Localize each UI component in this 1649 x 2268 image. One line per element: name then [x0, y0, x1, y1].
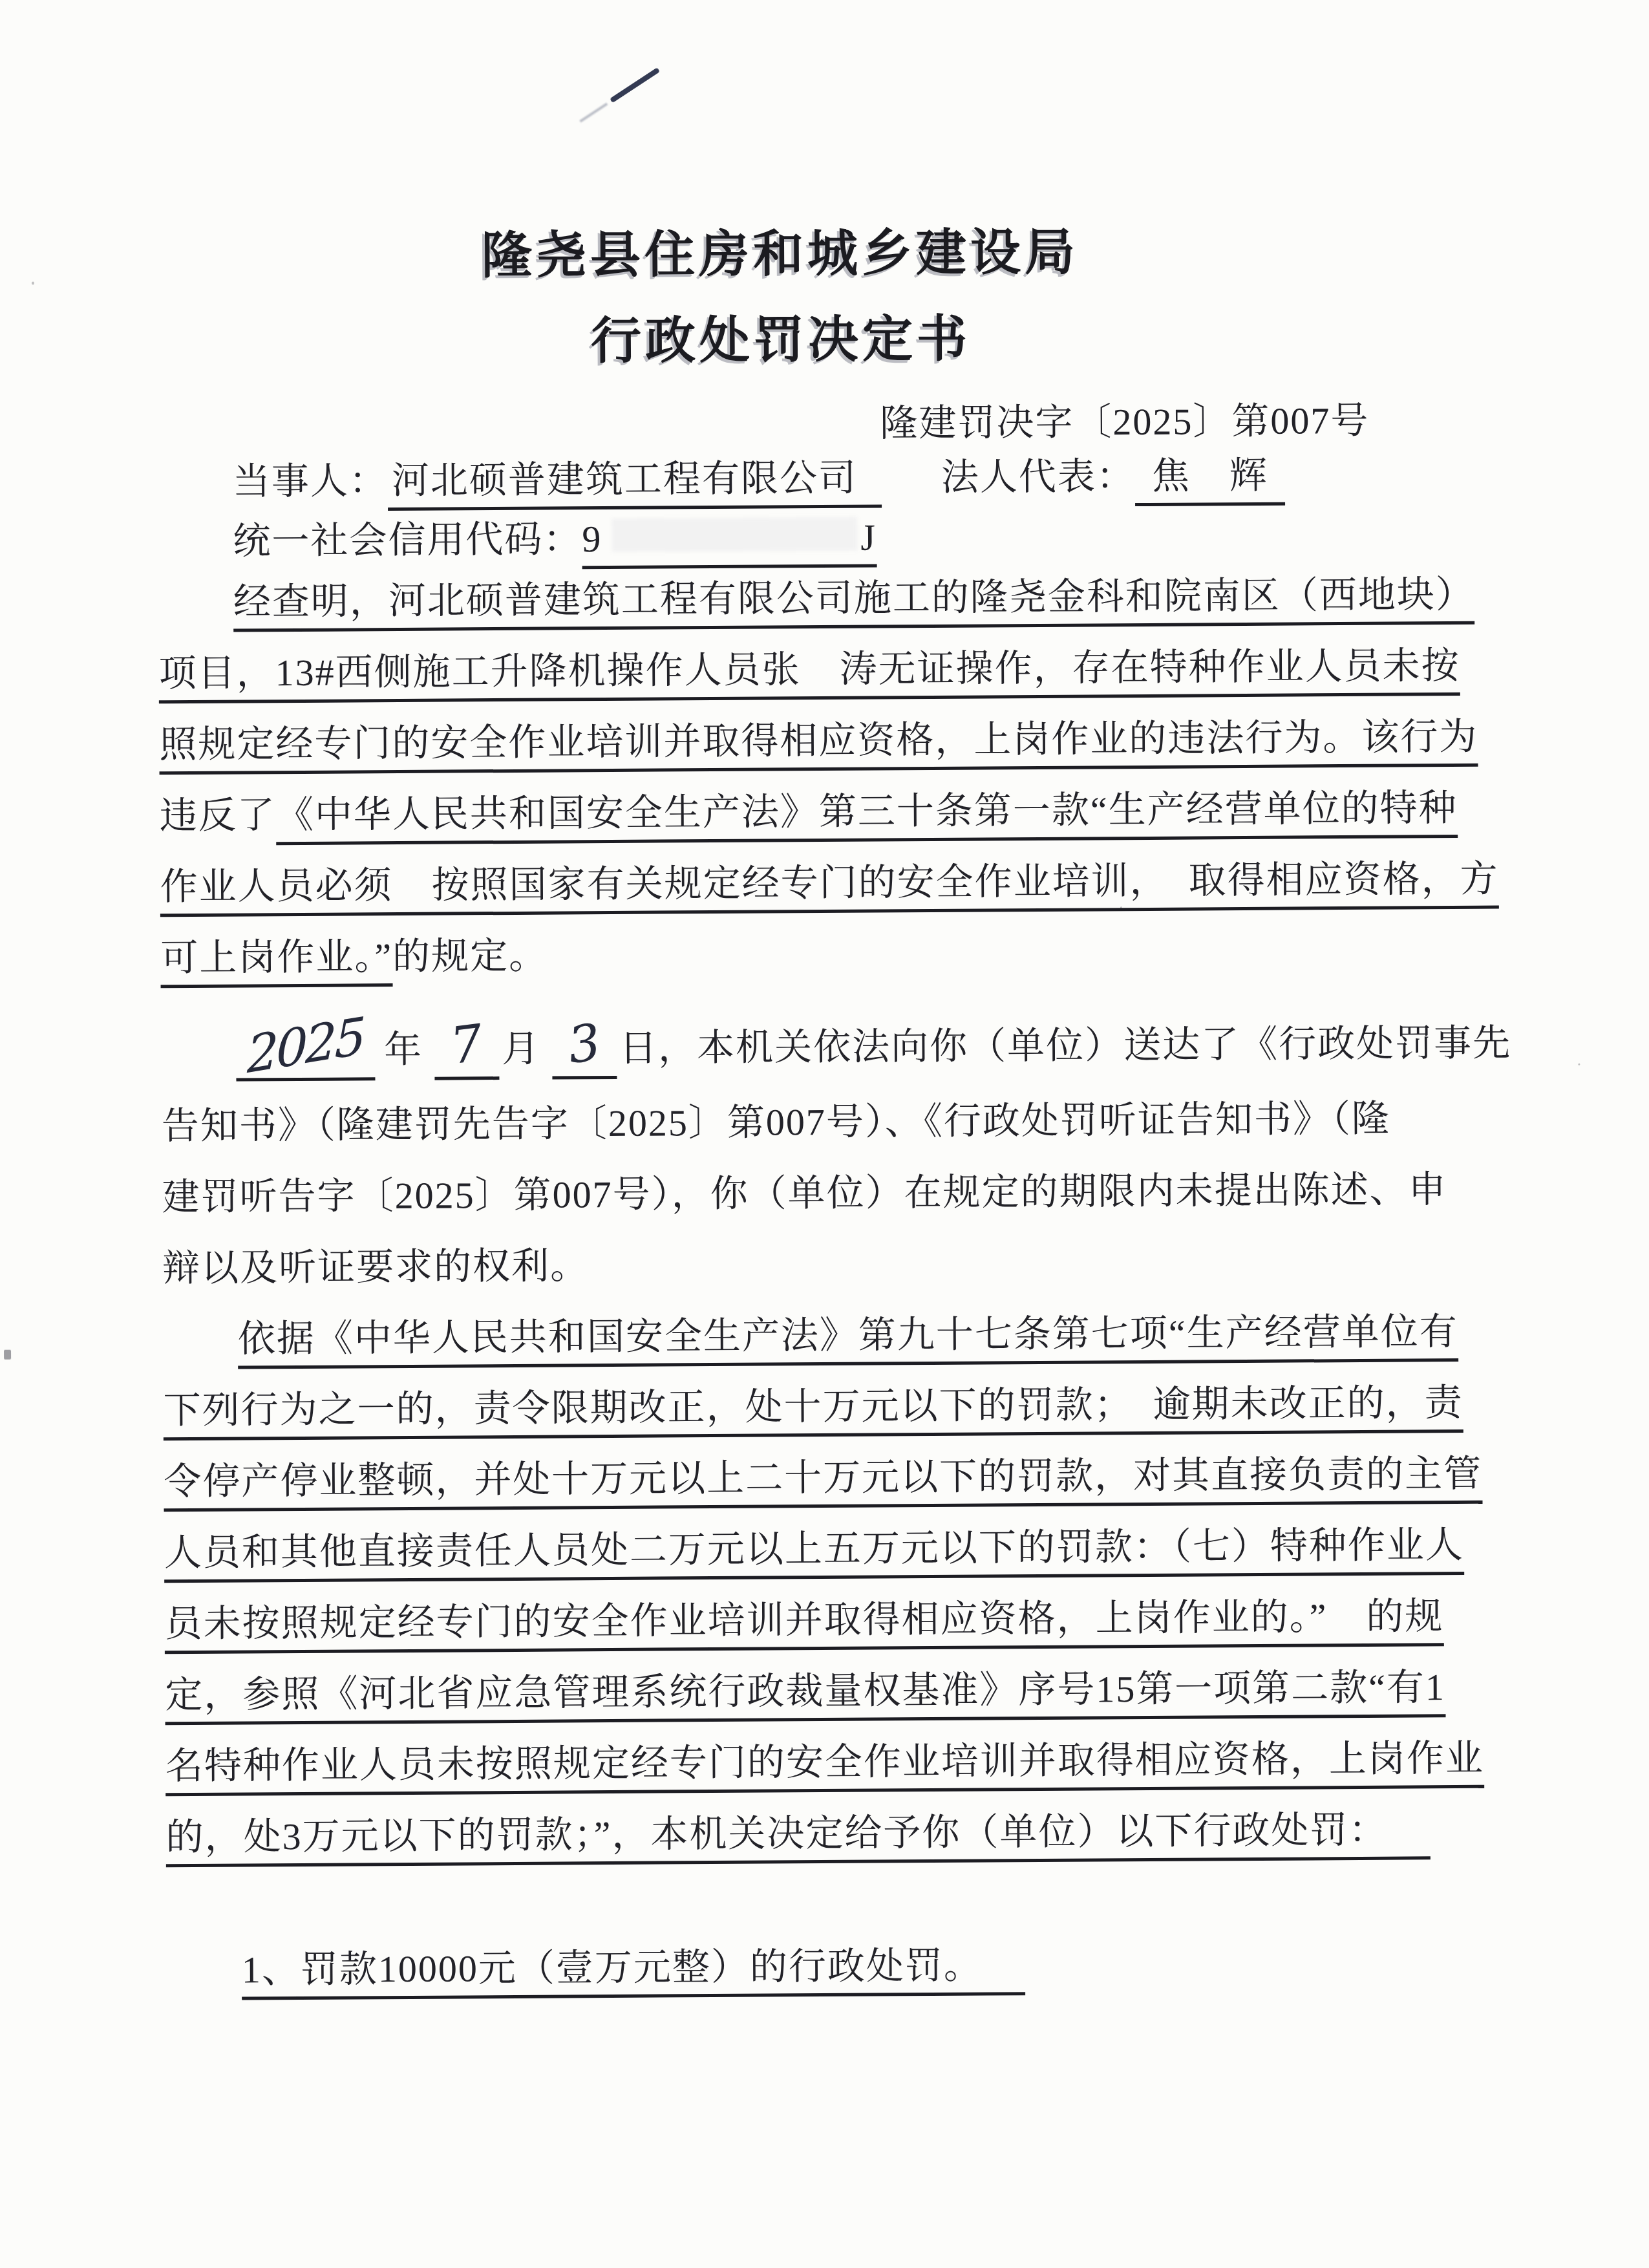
agency-title: 隆尧县住房和城乡建设局 [0, 209, 1605, 292]
party-label: 当事人： [233, 460, 388, 502]
handwritten-year-blank: 2025 [236, 1023, 376, 1081]
scan-speck [284, 1472, 286, 1475]
legal-basis-line-6: 定，参照《河北省应急管理系统行政裁量权基准》序号15第一项第二款“有1 [165, 1660, 1445, 1722]
notification-line-1-text: 日，本机关依法向你（单位）送达了《行政处罚事先 [619, 1022, 1511, 1069]
party-name: 河北硕普建筑工程有限公司 [388, 456, 882, 511]
findings-line-3: 照规定经专门的安全作业培训并取得相应资格，上岗作业的违法行为。该行为 [159, 710, 1478, 772]
legal-basis-line-1: 依据《中华人民共和国安全生产法》第九十七条第七项“生产经营单位有 [238, 1305, 1458, 1367]
legal-basis-line-4: 人员和其他直接责任人员处二万元以上五万元以下的罚款：（七）特种作业人 [164, 1518, 1464, 1580]
credit-code-label: 统一社会信用代码： [233, 518, 582, 562]
scanner-edge-mark [4, 1350, 11, 1360]
legal-basis-line-3: 令停产停业整顿，并处十万元以上二十万元以下的罚款，对其直接负责的主管 [164, 1447, 1482, 1509]
redaction-smudge [612, 517, 857, 552]
notification-line-2: 告知书》（隆建罚先告字〔2025〕第007号）、《行政处罚听证告知书》（隆 [162, 1092, 1390, 1154]
document-page: 隆尧县住房和城乡建设局 行政处罚决定书 隆建罚决字〔2025〕第007号 当事人… [0, 0, 1649, 2268]
scan-speck [32, 281, 34, 284]
credit-code-prefix: 9 [582, 518, 602, 560]
handwritten-day-blank: 3 [552, 1022, 617, 1080]
ink-scratch-mark [610, 67, 660, 103]
document-type-title: 行政处罚决定书 [0, 295, 1606, 378]
handwritten-day: 3 [566, 1023, 603, 1065]
document-number: 隆建罚决字〔2025〕第007号 [880, 390, 1370, 447]
findings-line-4: 违反了《中华人民共和国安全生产法》第三十条第一款“生产经营单位的特种 [160, 781, 1458, 843]
findings-line-2: 项目，13#西侧施工升降机操作人员张 涛无证操作，存在特种作业人员未按 [158, 639, 1460, 701]
handwritten-year: 2025 [247, 1017, 364, 1076]
findings-line-1: 经查明，河北硕普建筑工程有限公司施工的隆尧金科和院南区（西地块） [233, 568, 1474, 630]
handwritten-month-blank: 7 [434, 1022, 500, 1080]
scan-speck [1578, 1064, 1580, 1065]
legal-basis-line-8: 的，处3万元以下的罚款；”，本机关决定给予你（单位）以下行政处罚： [165, 1803, 1430, 1865]
notification-line-1: 2025年7月3日，本机关依法向你（单位）送达了《行政处罚事先 [236, 1016, 1512, 1082]
notification-line-3: 建罚听告字〔2025〕第007号），你（单位）在规定的期限内未提出陈述、申 [162, 1162, 1447, 1225]
scan-speck [1120, 906, 1122, 908]
credit-code-suffix: J [860, 516, 877, 558]
penalty-item-1: 1、罚款10000元（壹万元整）的行政处罚。 [242, 1938, 1026, 1997]
notification-line-4: 辩以及听证要求的权利。 [162, 1239, 590, 1296]
handwritten-month: 7 [449, 1023, 485, 1066]
legal-basis-line-7: 名特种作业人员未按照规定经专门的安全作业培训并取得相应资格，上岗作业 [165, 1731, 1484, 1793]
legal-basis-line-5: 员未按照规定经专门的安全作业培训并取得相应资格，上岗作业的。” 的规 [164, 1589, 1443, 1651]
legal-basis-line-2: 下列行为之一的，责令限期改正，处十万元以下的罚款； 逾期未改正的，责 [163, 1376, 1463, 1438]
party-line: 当事人：河北硕普建筑工程有限公司法人代表：焦 辉 [233, 449, 1286, 509]
ink-scratch-tail [579, 103, 608, 123]
legal-rep-name: 焦 辉 [1135, 455, 1285, 506]
month-unit: 月 [502, 1028, 540, 1070]
legal-rep-label: 法人代表： [941, 455, 1135, 498]
party-line-spacer [882, 490, 941, 491]
findings-line-5: 作业人员必须 按照国家有关规定经专门的安全作业培训， 取得相应资格，方 [160, 852, 1498, 915]
year-unit: 年 [384, 1029, 423, 1071]
scanned-sheet: 隆尧县住房和城乡建设局 行政处罚决定书 隆建罚决字〔2025〕第007号 当事人… [0, 0, 1649, 2268]
findings-line-6: 可上岗作业。”的规定。 [160, 929, 548, 986]
